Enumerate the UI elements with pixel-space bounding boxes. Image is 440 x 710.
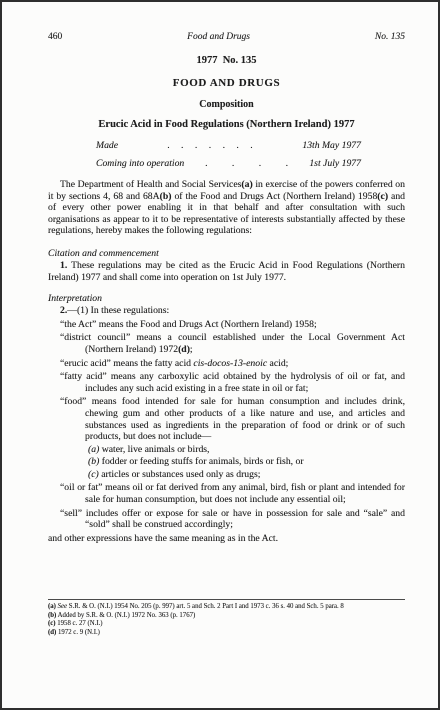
subject-heading: FOOD AND DRUGS [48, 77, 405, 89]
operation-label: Coming into operation [96, 158, 184, 169]
list-marker: (b) [88, 456, 99, 467]
operation-date-row: Coming into operation . . . . 1st July 1… [96, 158, 361, 169]
made-date: 13th May 1977 [302, 140, 361, 151]
footnote-marker: (a) [48, 603, 56, 610]
definition-the-act: “the Act” means the Food and Drugs Act (… [48, 319, 405, 331]
issue-number: No. 135 [375, 32, 405, 42]
footnote-text: Added by S.R. & O. (N.I.) 1972 No. 363 (… [58, 612, 196, 619]
footnote-ref-b: (b) [160, 191, 172, 202]
closing-line: and other expressions have the same mean… [48, 533, 405, 545]
footnote-marker: (d) [48, 629, 56, 636]
footnote-text: 1972 c. 9 (N.I.) [58, 629, 100, 636]
definition-text: “district council” means a council estab… [60, 332, 405, 355]
regulation-1: 1. These regulations may be cited as the… [48, 260, 405, 283]
regulation-text: These regulations may be cited as the Er… [48, 260, 405, 283]
footnote-text: 1958 c. 27 (N.I.) [57, 620, 102, 627]
running-title: Food and Drugs [187, 32, 250, 42]
definition-food: “food” means food intended for sale for … [48, 396, 405, 442]
instrument-number: 1977 No. 135 [48, 55, 405, 66]
list-item-text: articles or substances used only as drug… [101, 469, 260, 480]
footnote-ref-c: (c) [377, 191, 388, 202]
chemical-name: cis-docos-13-enoic [193, 358, 267, 369]
definition-text: acid; [267, 358, 288, 369]
definition-text: ; [190, 344, 193, 355]
page-title: Erucic Acid in Food Regulations (Norther… [48, 119, 405, 130]
footnote-b: (b) Added by S.R. & O. (N.I.) 1972 No. 3… [48, 612, 405, 621]
list-item-b: (b) fodder or feeding stuffs for animals… [88, 456, 405, 468]
footnote-d: (d) 1972 c. 9 (N.I.) [48, 629, 405, 638]
footnote-ref-a: (a) [241, 179, 252, 190]
see-reference: See [58, 603, 67, 610]
definition-district-council: “district council” means a council estab… [48, 332, 405, 355]
page-content: 460 Food and Drugs No. 135 1977 No. 135 … [2, 2, 438, 544]
regulation-2-intro: 2.—(1) In these regulations: [48, 305, 405, 317]
footnote-c: (c) 1958 c. 27 (N.I.) [48, 620, 405, 629]
made-label: Made [96, 140, 118, 151]
footnote-a: (a) See S.R. & O. (N.I.) 1954 No. 205 (p… [48, 603, 405, 612]
list-item-text: fodder or feeding stuffs for animals, bi… [102, 456, 304, 467]
dot-leader: . . . . [184, 158, 309, 169]
document-page: { "header": { "page_number": "460", "run… [0, 0, 440, 710]
footnote-ref-d: (d) [178, 344, 190, 355]
definition-erucic-acid: “erucic acid” means the fatty acid cis-d… [48, 358, 405, 370]
definition-oil-or-fat: “oil or fat” means oil or fat derived fr… [48, 482, 405, 505]
footnote-marker: (b) [48, 612, 56, 619]
definition-sell: “sell” includes offer or expose for sale… [48, 508, 405, 531]
preamble-text: The Department of Health and Social Serv… [60, 179, 241, 190]
definition-text: “erucic acid” means the fatty acid [60, 358, 193, 369]
definition-fatty-acid: “fatty acid” means any carboxylic acid o… [48, 371, 405, 394]
list-item-c: (c) articles or substances used only as … [88, 469, 405, 481]
footnotes-section: (a) See S.R. & O. (N.I.) 1954 No. 205 (p… [48, 599, 405, 637]
list-item-text: water, live animals or birds, [102, 444, 210, 455]
dot-leader: . . . . . . . [118, 140, 302, 151]
operation-date: 1st July 1977 [309, 158, 361, 169]
regulation-text: —(1) In these regulations: [67, 305, 169, 316]
list-marker: (c) [88, 469, 99, 480]
footnote-marker: (c) [48, 620, 56, 627]
footnote-text: S.R. & O. (N.I.) 1954 No. 205 (p. 997) a… [67, 603, 344, 610]
list-marker: (a) [88, 444, 99, 455]
list-item-a: (a) water, live animals or birds, [88, 444, 405, 456]
page-number: 460 [48, 32, 62, 42]
made-date-row: Made . . . . . . . 13th May 1977 [96, 140, 361, 151]
preamble-paragraph: The Department of Health and Social Serv… [48, 179, 405, 237]
running-header: 460 Food and Drugs No. 135 [48, 32, 405, 42]
citation-heading: Citation and commencement [48, 248, 405, 259]
interpretation-heading: Interpretation [48, 293, 405, 304]
preamble-text: of the Food and Drugs Act (Northern Irel… [172, 191, 378, 202]
category-heading: Composition [48, 99, 405, 110]
